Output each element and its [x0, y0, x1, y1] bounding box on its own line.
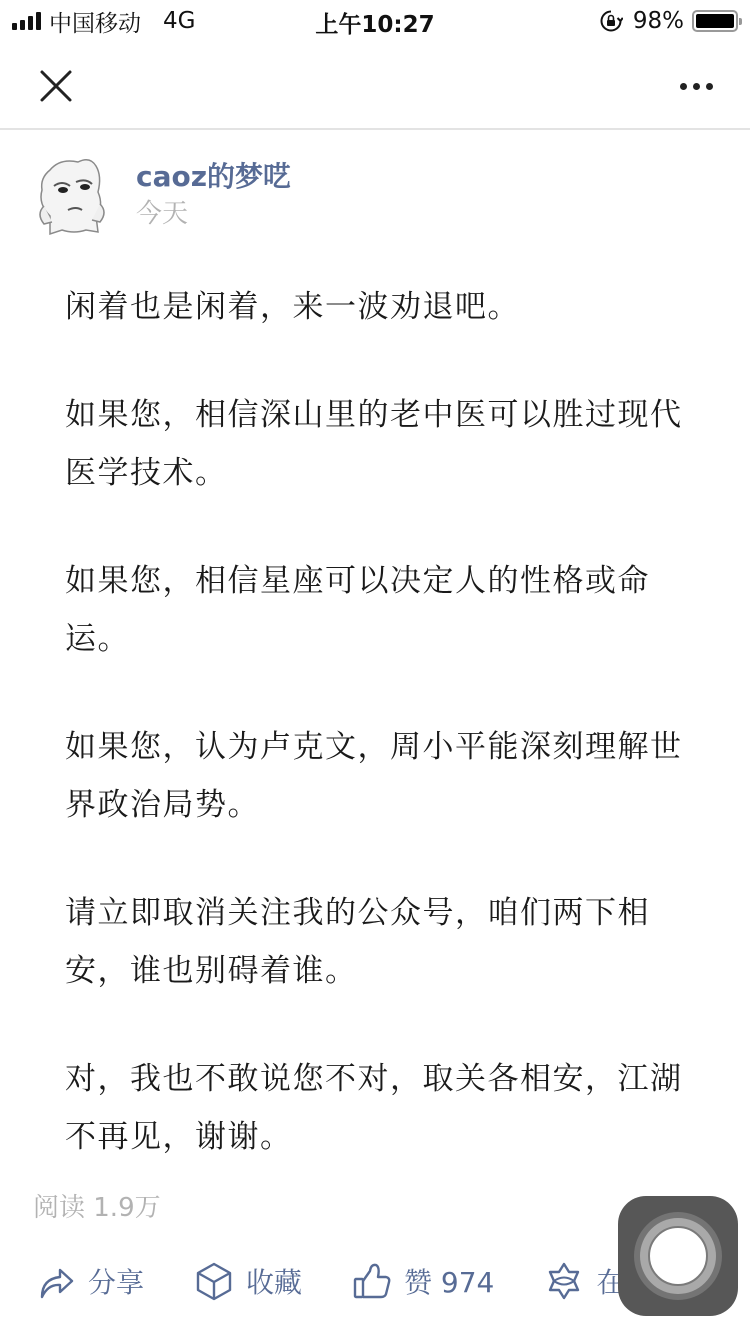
author-name-link[interactable]: caoz的梦呓: [136, 158, 291, 196]
article-paragraph: 对，我也不敢说您不对，取关各相安，江湖不再见，谢谢。: [65, 1050, 685, 1166]
close-icon: [39, 69, 73, 103]
article-paragraph: 如果您，认为卢克文，周小平能深刻理解世界政治局势。: [65, 718, 685, 834]
article-paragraph: 如果您，相信深山里的老中医可以胜过现代医学技术。: [65, 386, 685, 502]
avatar-icon[interactable]: [30, 152, 116, 238]
publish-date: 今天: [136, 196, 291, 232]
nav-bar: [0, 42, 750, 128]
assistive-touch-icon: [634, 1212, 722, 1300]
read-count: 阅读 1.9万: [33, 1187, 161, 1224]
action-bar: 分享 收藏 赞 974 在看: [36, 1255, 702, 1307]
share-icon: [36, 1261, 76, 1301]
status-bar: 中国移动 4G 上午10:27 98%: [0, 0, 750, 42]
battery-icon: [692, 10, 738, 32]
like-label: 赞 974: [404, 1261, 494, 1301]
rotation-lock-icon: [599, 9, 623, 33]
like-button[interactable]: 赞 974: [352, 1261, 494, 1301]
article-paragraph: 如果您，相信星座可以决定人的性格或命运。: [65, 552, 685, 668]
author-header: caoz的梦呓 今天: [30, 150, 291, 240]
favorite-cube-icon: [194, 1261, 234, 1301]
close-button[interactable]: [30, 60, 82, 112]
battery-percent: 98%: [633, 8, 684, 34]
share-label: 分享: [88, 1261, 144, 1301]
thumbs-up-icon: [352, 1261, 392, 1301]
nav-divider: [0, 128, 750, 130]
more-icon: [680, 83, 687, 90]
status-right: 98%: [599, 6, 738, 36]
article-body: 闲着也是闲着，来一波劝退吧。 如果您，相信深山里的老中医可以胜过现代医学技术。 …: [65, 278, 685, 1216]
article-paragraph: 闲着也是闲着，来一波劝退吧。: [65, 278, 685, 336]
author-info: caoz的梦呓 今天: [136, 158, 291, 232]
wow-star-icon: [544, 1261, 584, 1301]
favorite-button[interactable]: 收藏: [194, 1261, 302, 1301]
assistive-touch-button[interactable]: [618, 1196, 738, 1316]
share-button[interactable]: 分享: [36, 1261, 144, 1301]
favorite-label: 收藏: [246, 1261, 302, 1301]
more-button[interactable]: [670, 60, 722, 112]
article-paragraph: 请立即取消关注我的公众号，咱们两下相安，谁也别碍着谁。: [65, 884, 685, 1000]
